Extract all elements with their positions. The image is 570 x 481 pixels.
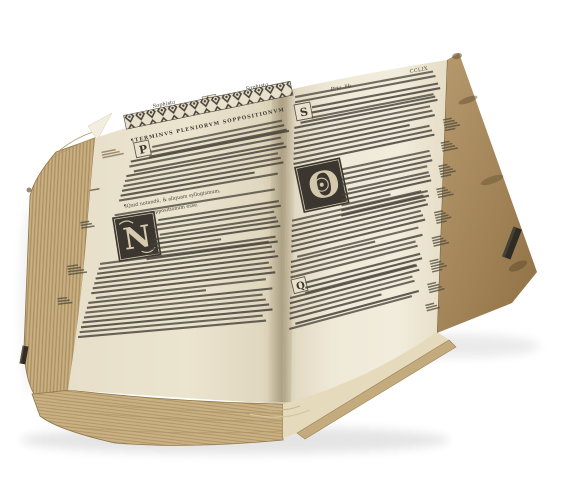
woodcut-initial-small-right-top: S — [294, 102, 313, 121]
photo-stage: Sophista Sophista ¶TERMINVS PLENIORVM SO… — [0, 0, 570, 481]
open-book-photo: Sophista Sophista ¶TERMINVS PLENIORVM SO… — [0, 0, 570, 481]
edge-wear-mark — [27, 188, 32, 193]
woodcut-initial-small-right-bottom: Q — [291, 277, 308, 294]
woodcut-initial-small-left: P — [134, 140, 152, 158]
